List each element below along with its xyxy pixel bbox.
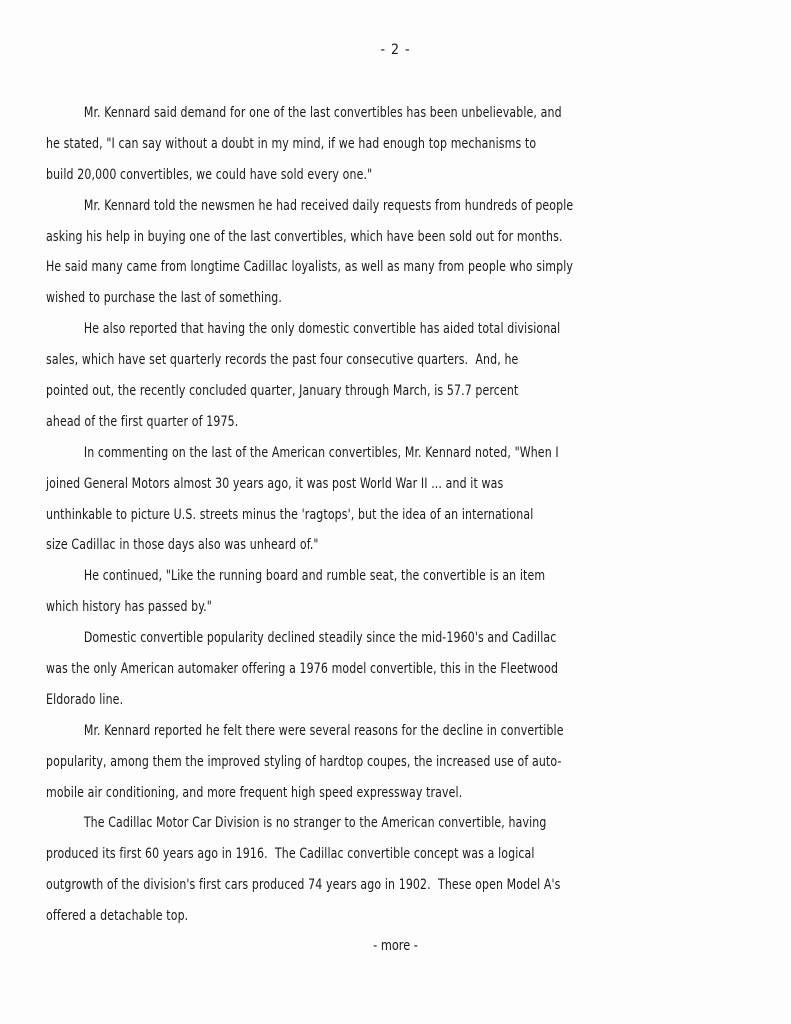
text-line: popularity, among them the improved styl…: [46, 751, 674, 782]
text-line: Domestic convertible popularity declined…: [46, 627, 674, 658]
text-line: mobile air conditioning, and more freque…: [46, 782, 674, 813]
continuation-marker: - more -: [40, 938, 752, 954]
paragraph: Mr. Kennard told the newsmen he had rece…: [46, 195, 776, 319]
text-line: wished to purchase the last of something…: [46, 287, 674, 318]
paragraph: He continued, "Like the running board an…: [46, 565, 776, 627]
text-line: offered a detachable top.: [46, 905, 674, 936]
text-line: Mr. Kennard reported he felt there were …: [46, 720, 674, 751]
text-line: joined General Motors almost 30 years ag…: [46, 473, 674, 504]
text-line: pointed out, the recently concluded quar…: [46, 380, 674, 411]
page-number: - 2 -: [0, 42, 791, 58]
body-text: Mr. Kennard said demand for one of the l…: [46, 102, 776, 936]
text-line: was the only American automaker offering…: [46, 658, 674, 689]
paragraph: Mr. Kennard reported he felt there were …: [46, 720, 776, 813]
text-line: ahead of the first quarter of 1975.: [46, 411, 674, 442]
text-line: which history has passed by.": [46, 596, 674, 627]
text-line: He said many came from longtime Cadillac…: [46, 256, 674, 287]
text-line: produced its first 60 years ago in 1916.…: [46, 843, 674, 874]
paragraph: The Cadillac Motor Car Division is no st…: [46, 812, 776, 936]
paragraph: Domestic convertible popularity declined…: [46, 627, 776, 720]
text-line: outgrowth of the division's first cars p…: [46, 874, 674, 905]
text-line: He continued, "Like the running board an…: [46, 565, 674, 596]
document-page: - 2 - Mr. Kennard said demand for one of…: [0, 0, 791, 1024]
text-line: Mr. Kennard told the newsmen he had rece…: [46, 195, 674, 226]
text-line: he stated, "I can say without a doubt in…: [46, 133, 674, 164]
text-line: size Cadillac in those days also was unh…: [46, 534, 674, 565]
paragraph: Mr. Kennard said demand for one of the l…: [46, 102, 776, 195]
text-line: asking his help in buying one of the las…: [46, 226, 674, 257]
text-line: In commenting on the last of the America…: [46, 442, 674, 473]
paragraph: In commenting on the last of the America…: [46, 442, 776, 566]
text-line: Eldorado line.: [46, 689, 674, 720]
text-line: He also reported that having the only do…: [46, 318, 674, 349]
text-line: unthinkable to picture U.S. streets minu…: [46, 504, 674, 535]
text-line: sales, which have set quarterly records …: [46, 349, 674, 380]
text-line: The Cadillac Motor Car Division is no st…: [46, 812, 674, 843]
paragraph: He also reported that having the only do…: [46, 318, 776, 442]
text-line: build 20,000 convertibles, we could have…: [46, 164, 674, 195]
text-line: Mr. Kennard said demand for one of the l…: [46, 102, 674, 133]
